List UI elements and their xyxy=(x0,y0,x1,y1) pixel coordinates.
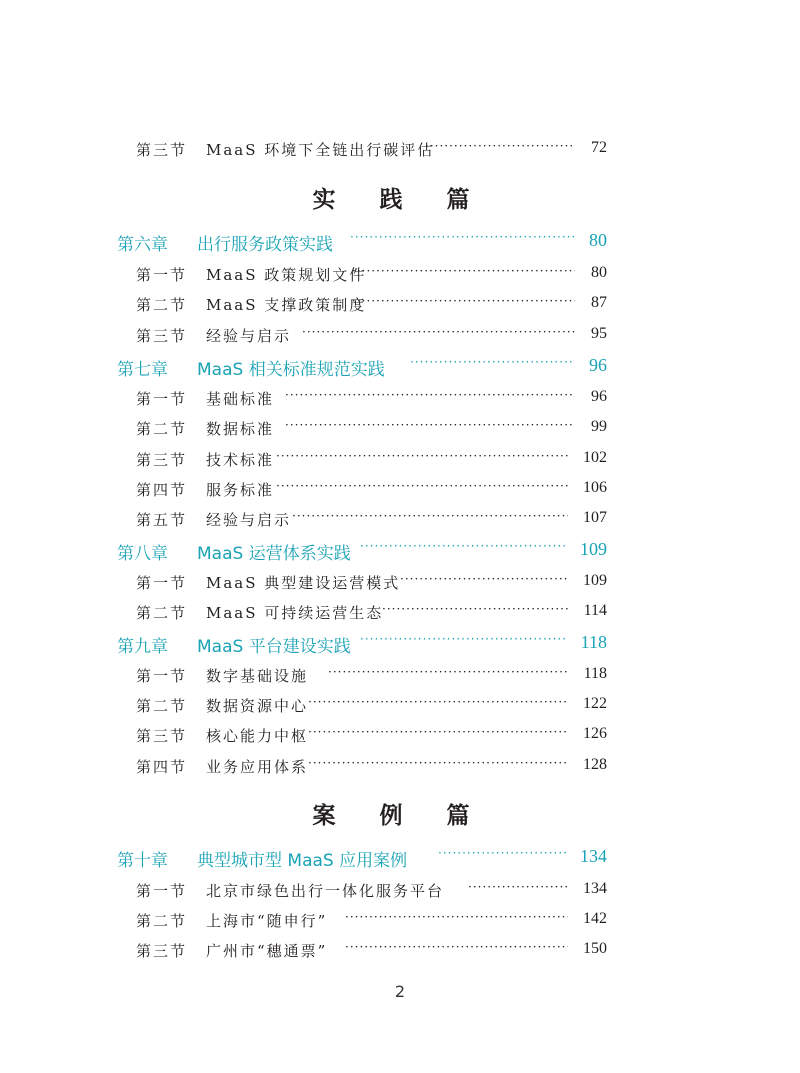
leader-dots: ········································… xyxy=(285,418,575,432)
section-page: 87 xyxy=(591,294,607,312)
toc-chapter-entry[interactable]: 第八章 MaaS 运营体系实践 ························… xyxy=(0,539,800,567)
leader-dots: ········································… xyxy=(400,572,568,586)
toc-section-entry[interactable]: 第四节 业务应用体系 ·····························… xyxy=(0,756,800,784)
toc-chapter-entry[interactable]: 第七章 MaaS 相关标准规范实践 ······················… xyxy=(0,355,800,383)
toc-section-entry[interactable]: 第四节 服务标准 ·······························… xyxy=(0,479,800,507)
leader-dots: ········································… xyxy=(308,725,568,739)
section-number: 第二节 xyxy=(136,695,187,716)
leader-dots: ········································… xyxy=(352,264,575,278)
section-title: 技术标准 xyxy=(206,449,274,470)
section-page: 122 xyxy=(583,695,607,713)
toc-section-entry[interactable]: 第三节 核心能力中枢 ·····························… xyxy=(0,725,800,753)
section-page: 95 xyxy=(591,325,607,343)
toc-section-entry[interactable]: 第一节 数字基础设施 ·····························… xyxy=(0,665,800,693)
section-title: 服务标准 xyxy=(206,479,274,500)
section-page: 102 xyxy=(583,449,607,467)
toc-section-entry[interactable]: 第二节 MaaS 可持续运营生态 ·······················… xyxy=(0,602,800,630)
section-title: 数据资源中心 xyxy=(206,695,308,716)
chapter-page: 109 xyxy=(580,539,607,560)
chapter-title: 典型城市型 MaaS 应用案例 xyxy=(197,846,407,871)
section-page: 126 xyxy=(583,725,607,743)
toc-chapter-entry[interactable]: 第九章 MaaS 平台建设实践 ························… xyxy=(0,632,800,660)
leader-dots: ········································… xyxy=(302,325,575,339)
section-title: 核心能力中枢 xyxy=(206,725,308,746)
leader-dots: ········································… xyxy=(276,449,568,463)
toc-section-entry[interactable]: 第三节 MaaS 环境下全链出行碳评估 ····················… xyxy=(0,139,800,167)
chapter-number: 第十章 xyxy=(117,846,168,871)
section-title: 上海市“随申行” xyxy=(206,910,327,931)
leader-dots: ········································… xyxy=(360,539,568,553)
chapter-number: 第八章 xyxy=(117,539,168,564)
leader-dots: ········································… xyxy=(285,388,575,402)
section-number: 第一节 xyxy=(136,572,187,593)
section-page: 96 xyxy=(591,388,607,406)
chapter-page: 118 xyxy=(581,632,607,653)
chapter-page: 96 xyxy=(589,355,607,376)
section-title: 经验与启示 xyxy=(206,325,291,346)
section-page: 142 xyxy=(583,910,607,928)
toc-section-entry[interactable]: 第一节 MaaS 典型建设运营模式 ······················… xyxy=(0,572,800,600)
leader-dots: ········································… xyxy=(345,940,568,954)
section-number: 第三节 xyxy=(136,725,187,746)
leader-dots: ········································… xyxy=(308,695,568,709)
section-page: 72 xyxy=(591,139,607,157)
toc-chapter-entry[interactable]: 第十章 典型城市型 MaaS 应用案例 ····················… xyxy=(0,846,800,874)
chapter-title: MaaS 平台建设实践 xyxy=(197,632,351,657)
section-page: 150 xyxy=(583,940,607,958)
section-title: 北京市绿色出行一体化服务平台 xyxy=(206,880,444,901)
section-number: 第三节 xyxy=(136,325,187,346)
toc-section-entry[interactable]: 第二节 MaaS 支撑政策制度 ························… xyxy=(0,294,800,322)
section-number: 第一节 xyxy=(136,665,187,686)
section-page: 106 xyxy=(583,479,607,497)
leader-dots: ········································… xyxy=(308,756,568,770)
leader-dots: ··································· xyxy=(425,139,575,153)
section-number: 第二节 xyxy=(136,294,187,315)
section-number: 第三节 xyxy=(136,139,187,160)
toc-section-entry[interactable]: 第二节 数据资源中心 ·····························… xyxy=(0,695,800,723)
section-number: 第四节 xyxy=(136,479,187,500)
section-number: 第二节 xyxy=(136,910,187,931)
section-number: 第三节 xyxy=(136,940,187,961)
section-title: MaaS 可持续运营生态 xyxy=(206,602,383,623)
section-number: 第四节 xyxy=(136,756,187,777)
chapter-number: 第六章 xyxy=(117,230,168,255)
section-page: 107 xyxy=(583,509,607,527)
chapter-title: MaaS 相关标准规范实践 xyxy=(197,355,385,380)
leader-dots: ········································… xyxy=(360,632,568,646)
section-title: 广州市“穗通票” xyxy=(206,940,327,961)
leader-dots: ····························· xyxy=(468,880,568,894)
leader-dots: ········································… xyxy=(292,509,568,523)
toc-section-entry[interactable]: 第三节 技术标准 ·······························… xyxy=(0,449,800,477)
section-title: MaaS 典型建设运营模式 xyxy=(206,572,400,593)
section-title: MaaS 支撑政策制度 xyxy=(206,294,366,315)
section-page: 80 xyxy=(591,264,607,282)
section-page: 128 xyxy=(583,756,607,774)
toc-section-entry[interactable]: 第一节 北京市绿色出行一体化服务平台 ·····················… xyxy=(0,880,800,908)
leader-dots: ········································… xyxy=(382,602,568,616)
section-number: 第一节 xyxy=(136,880,187,901)
section-number: 第三节 xyxy=(136,449,187,470)
toc-section-entry[interactable]: 第一节 基础标准 ·······························… xyxy=(0,388,800,416)
chapter-number: 第九章 xyxy=(117,632,168,657)
toc-chapter-entry[interactable]: 第六章 出行服务政策实践 ···························… xyxy=(0,230,800,258)
toc-section-entry[interactable]: 第三节 广州市“穗通票” ···························… xyxy=(0,940,800,968)
toc-section-entry[interactable]: 第二节 数据标准 ·······························… xyxy=(0,418,800,446)
chapter-page: 134 xyxy=(580,846,607,867)
toc-section-entry[interactable]: 第三节 经验与启示 ······························… xyxy=(0,325,800,353)
leader-dots: ········································… xyxy=(328,665,568,679)
leader-dots: ········································… xyxy=(410,355,575,369)
toc-section-entry[interactable]: 第五节 经验与启示 ······························… xyxy=(0,509,800,537)
chapter-title: MaaS 运营体系实践 xyxy=(197,539,351,564)
section-title: 数字基础设施 xyxy=(206,665,308,686)
section-title: 数据标准 xyxy=(206,418,274,439)
section-page: 134 xyxy=(583,880,607,898)
leader-dots: ········································… xyxy=(345,910,568,924)
section-title: MaaS 环境下全链出行碳评估 xyxy=(206,139,434,160)
section-title: 基础标准 xyxy=(206,388,274,409)
leader-dots: ······································· xyxy=(438,846,568,860)
section-title: 业务应用体系 xyxy=(206,756,308,777)
section-number: 第一节 xyxy=(136,388,187,409)
section-number: 第二节 xyxy=(136,602,187,623)
section-page: 109 xyxy=(583,572,607,590)
section-title: 经验与启示 xyxy=(206,509,291,530)
section-page: 114 xyxy=(584,602,607,620)
part-heading-practice: 实 践 篇 xyxy=(0,181,800,214)
section-page: 118 xyxy=(584,665,607,683)
page-number: 2 xyxy=(0,982,800,1001)
toc-section-entry[interactable]: 第一节 MaaS 政策规划文件 ························… xyxy=(0,264,800,292)
leader-dots: ········································… xyxy=(276,479,568,493)
section-title: MaaS 政策规划文件 xyxy=(206,264,366,285)
leader-dots: ········································… xyxy=(350,230,575,244)
leader-dots: ········································… xyxy=(352,294,575,308)
chapter-page: 80 xyxy=(589,230,607,251)
chapter-title: 出行服务政策实践 xyxy=(197,230,333,255)
section-number: 第二节 xyxy=(136,418,187,439)
section-number: 第一节 xyxy=(136,264,187,285)
toc-section-entry[interactable]: 第二节 上海市“随申行” ···························… xyxy=(0,910,800,938)
part-heading-cases: 案 例 篇 xyxy=(0,797,800,830)
section-page: 99 xyxy=(591,418,607,436)
chapter-number: 第七章 xyxy=(117,355,168,380)
section-number: 第五节 xyxy=(136,509,187,530)
